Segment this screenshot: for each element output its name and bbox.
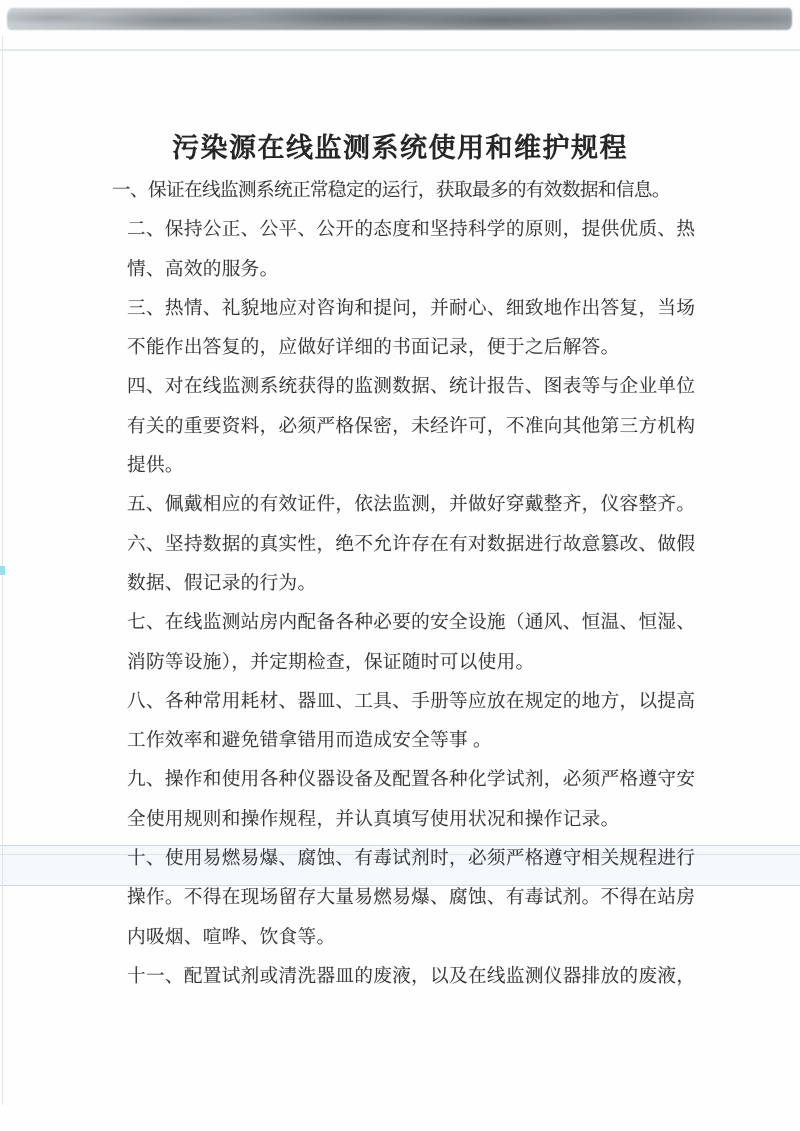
text-line: 情、高效的服务。	[127, 250, 693, 289]
text-line: 十、使用易燃易爆、腐蚀、有毒试剂时，必须严格遵守相关规程进行	[127, 839, 693, 878]
scan-artifact-blue-line	[0, 49, 800, 51]
page-title: 污染源在线监测系统使用和维护规程	[0, 126, 800, 165]
text-line: 九、操作和使用各种仪器设备及配置各种化学试剂，必须严格遵守安	[127, 760, 693, 799]
text-line: 八、各种常用耗材、器皿、工具、手册等应放在规定的地方，以提高	[127, 682, 693, 721]
text-line: 消防等设施），并定期检查，保证随时可以使用。	[127, 643, 693, 682]
text-line: 有关的重要资料，必须严格保密，未经许可，不准向其他第三方机构	[127, 407, 693, 446]
text-line: 工作效率和避免错拿错用而造成安全等事 。	[127, 721, 693, 760]
text-line: 六、坚持数据的真实性，绝不允许存在有对数据进行故意篡改、做假	[127, 525, 693, 564]
text-line: 七、在线监测站房内配备各种必要的安全设施（通风、恒温、恒湿、	[127, 603, 693, 642]
text-line: 全使用规则和操作规程，并认真填写使用状况和操作记录。	[127, 800, 693, 839]
scanned-document-page: 污染源在线监测系统使用和维护规程 一、保证在线监测系统正常稳定的运行，获取最多的…	[0, 0, 800, 1131]
text-line: 十一、配置试剂或清洗器皿的废液，以及在线监测仪器排放的废液，	[127, 957, 693, 996]
text-line: 三、热情、礼貌地应对咨询和提问，并耐心、细致地作出答复，当场	[127, 289, 693, 328]
text-line: 二、保持公正、公平、公开的态度和坚持科学的原则，提供优质、热	[127, 210, 693, 249]
text-line: 提供。	[127, 446, 693, 485]
text-line: 五、佩戴相应的有效证件，依法监测，并做好穿戴整齐，仪容整齐。	[127, 485, 693, 524]
document-lines: 一、保证在线监测系统正常稳定的运行，获取最多的有效数据和信息。二、保持公正、公平…	[127, 171, 693, 996]
text-line: 数据、假记录的行为。	[127, 564, 693, 603]
scan-artifact-cyan-tick	[0, 566, 5, 575]
text-line: 一、保证在线监测系统正常稳定的运行，获取最多的有效数据和信息。	[112, 171, 693, 210]
text-line: 操作。不得在现场留存大量易燃易爆、腐蚀、有毒试剂。不得在站房	[127, 878, 693, 917]
text-line: 内吸烟、喧哗、饮食等。	[127, 918, 693, 957]
text-line: 四、对在线监测系统获得的监测数据、统计报告、图表等与企业单位	[127, 367, 693, 406]
text-line: 不能作出答复的，应做好详细的书面记录，便于之后解答。	[127, 328, 693, 367]
scan-artifact-top-smudge	[7, 8, 792, 30]
